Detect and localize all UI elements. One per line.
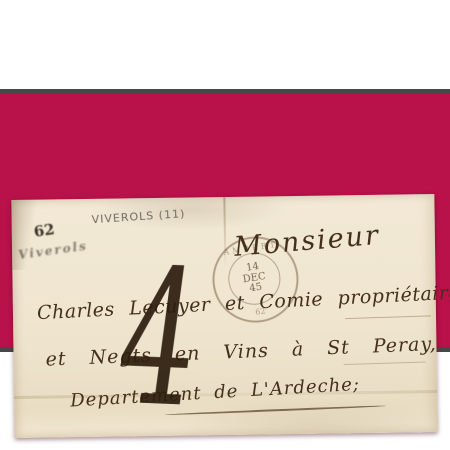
antique-letter: VIVEROLS (11) 62 Viverols AMBERT 14 DEC …: [11, 194, 437, 438]
underline-flourish: [164, 405, 386, 416]
address-line-monsieur: Monsieur: [233, 220, 381, 263]
faint-baseline: [344, 361, 426, 365]
product-photo-background: VIVEROLS (11) 62 Viverols AMBERT 14 DEC …: [0, 89, 450, 352]
address-line-destination: et Negts en Vins à St Peray,: [45, 333, 437, 371]
faint-baseline: [345, 315, 431, 319]
pencil-annotation: VIVEROLS (11): [91, 207, 185, 226]
manuscript-tax-mark: 4: [120, 244, 198, 435]
address-line-department: Departement de L'Ardeche;: [70, 374, 361, 412]
route-mark-number: 62: [33, 220, 56, 241]
